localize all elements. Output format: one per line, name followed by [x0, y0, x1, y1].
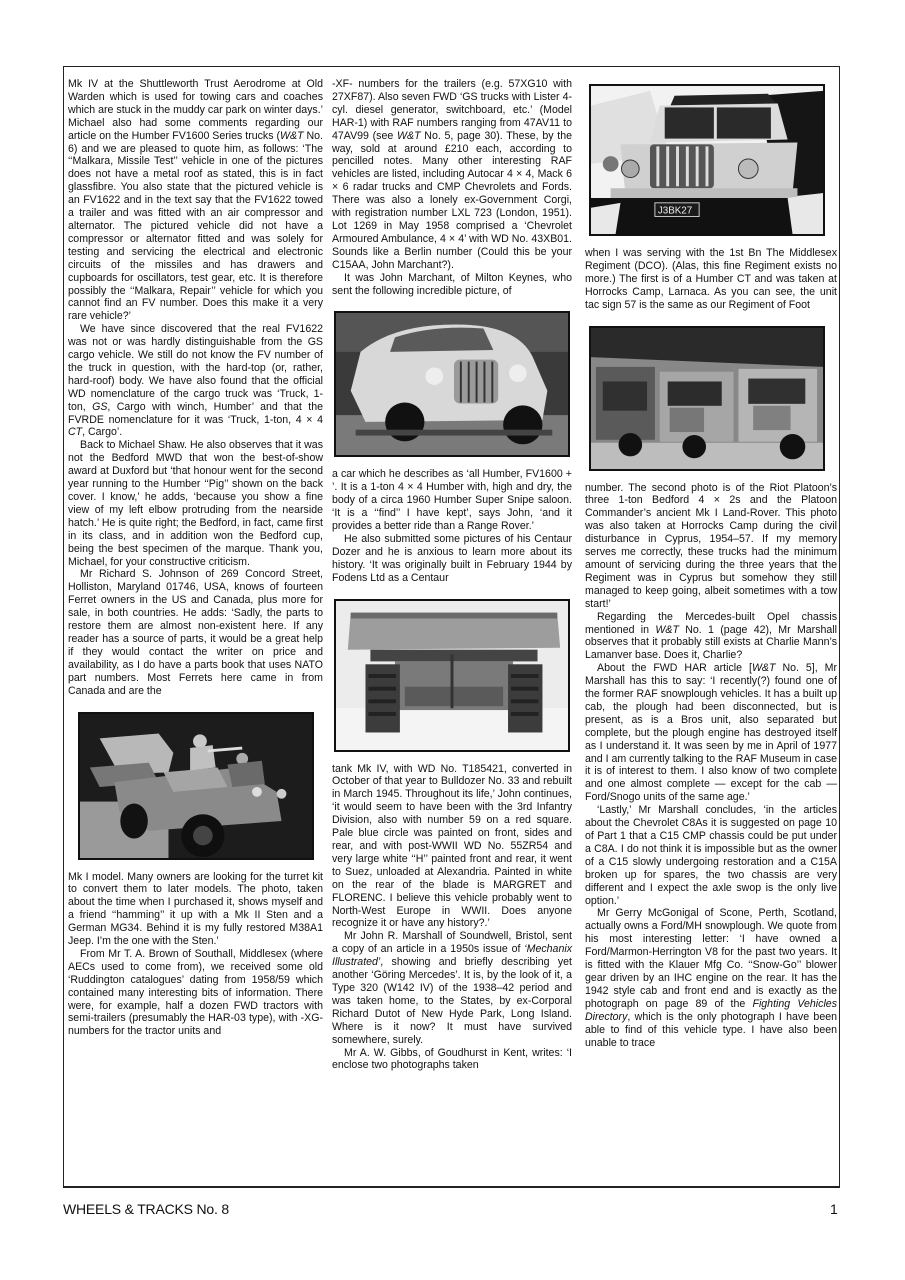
page-number: 1 [830, 1201, 838, 1217]
paragraph: From Mr T. A. Brown of Southall, Middles… [68, 948, 323, 1038]
column-1: Mk IV at the Shuttleworth Trust Aerodrom… [68, 78, 323, 1038]
svg-text:J3BK27: J3BK27 [658, 206, 692, 217]
paragraph: Regarding the Mercedes-built Opel chassi… [585, 611, 837, 663]
bedford-trucks-photo [589, 326, 825, 471]
paragraph: About the FWD HAR article [W&T No. 5], M… [585, 662, 837, 804]
column-3: J3BK27 when I was serving with the 1st B… [585, 78, 837, 1049]
column-2: -XF- numbers for the trailers (e.g. 57XG… [332, 78, 572, 1072]
centaur-dozer-photo [334, 599, 570, 752]
paragraph: Mr John R. Marshall of Soundwell, Bristo… [332, 930, 572, 1046]
paragraph: Mr Gerry McGonigal of Scone, Perth, Scot… [585, 907, 837, 1049]
paragraph: ‘Lastly,’ Mr Marshall concludes, ‘in the… [585, 804, 837, 907]
paragraph: tank Mk IV, with WD No. T185421, convert… [332, 763, 572, 931]
paragraph: -XF- numbers for the trailers (e.g. 57XG… [332, 78, 572, 272]
humber-car-photo [334, 311, 570, 457]
paragraph: a car which he describes as ‘all Humber,… [332, 468, 572, 533]
paragraph: Mr A. W. Gibbs, of Goudhurst in Kent, wr… [332, 1047, 572, 1073]
paragraph: Back to Michael Shaw. He also observes t… [68, 439, 323, 568]
paragraph: It was John Marchant, of Milton Keynes, … [332, 272, 572, 298]
paragraph: Mr Richard S. Johnson of 269 Concord Str… [68, 568, 323, 697]
paragraph: Mk IV at the Shuttleworth Trust Aerodrom… [68, 78, 323, 323]
paragraph: He also submitted some pictures of his C… [332, 533, 572, 585]
paragraph: We have since discovered that the real F… [68, 323, 323, 439]
ferret-photo [78, 712, 314, 860]
paragraph: when I was serving with the 1st Bn The M… [585, 247, 837, 312]
publication-footer: WHEELS & TRACKS No. 8 [63, 1201, 229, 1217]
paragraph: number. The second photo is of the Riot … [585, 482, 837, 611]
humber-ct-photo: J3BK27 [589, 84, 825, 236]
paragraph: Mk I model. Many owners are looking for … [68, 871, 323, 948]
